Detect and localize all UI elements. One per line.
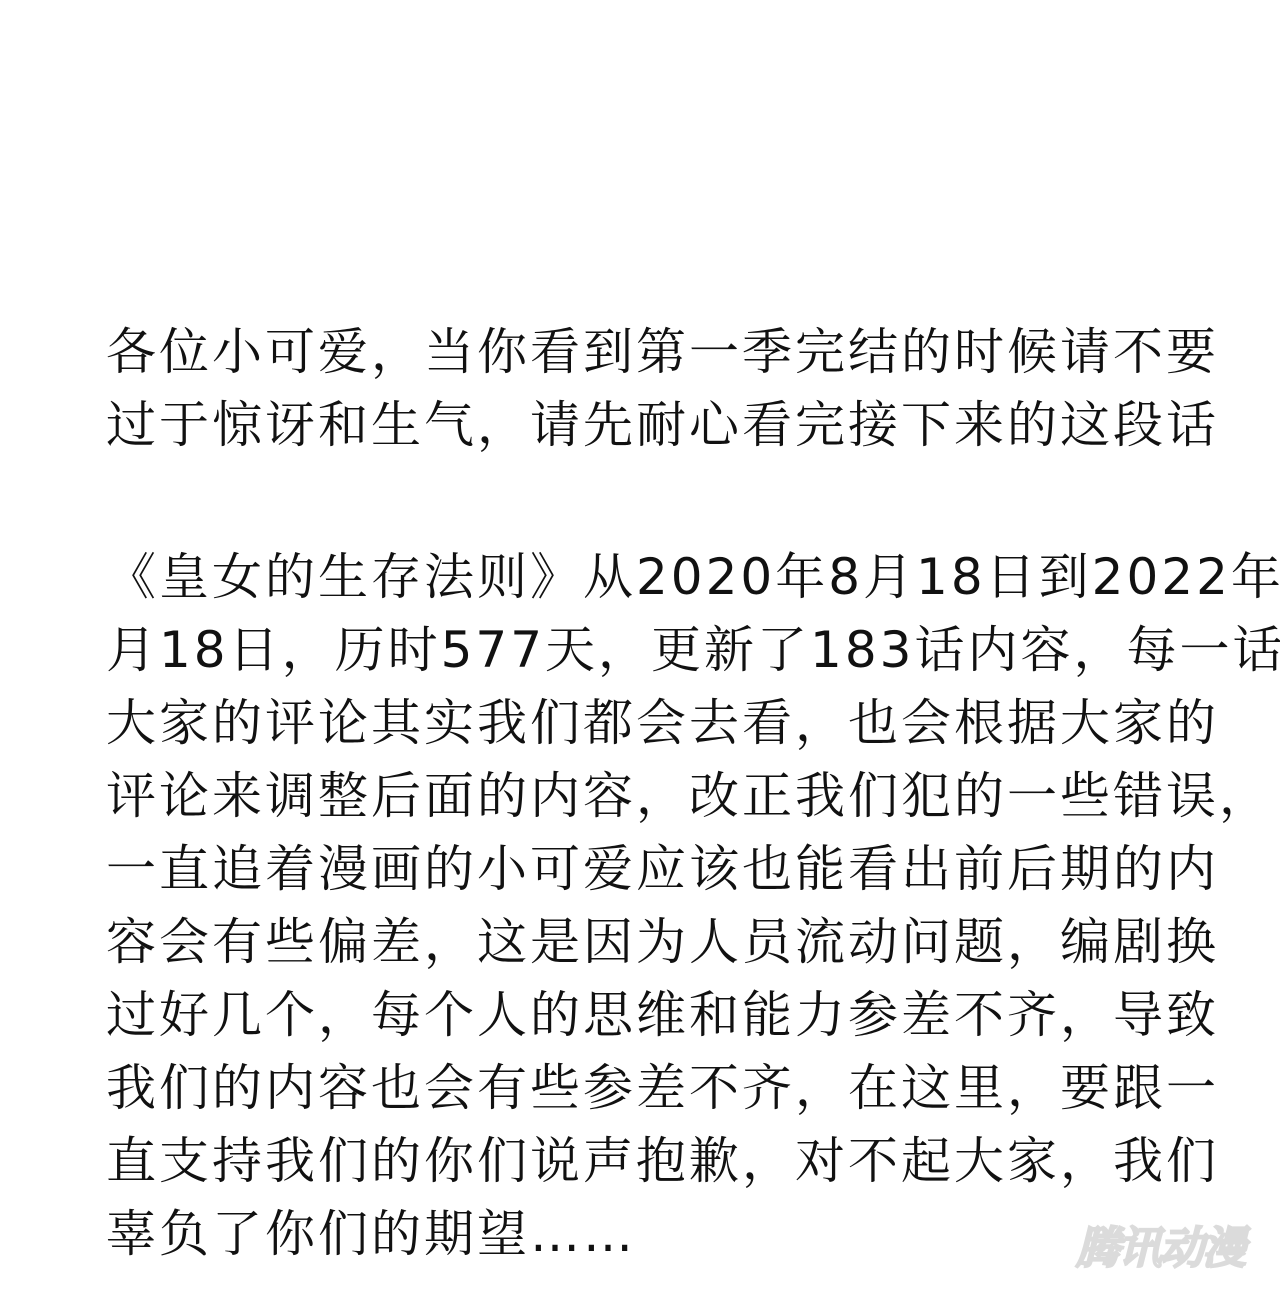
- text-line: 月18日，历时577天，更新了183话内容，每一话: [106, 620, 1280, 680]
- comic-page: 各位小可爱，当你看到第一季完结的时候请不要 过于惊讶和生气，请先耐心看完接下来的…: [0, 0, 1280, 1290]
- text-line: 过好几个，每个人的思维和能力参差不齐，导致: [106, 985, 1219, 1045]
- text-line: 辜负了你们的期望……: [106, 1204, 636, 1264]
- text-line: 过于惊讶和生气，请先耐心看完接下来的这段话: [106, 395, 1219, 455]
- text-line: 各位小可爱，当你看到第一季完结的时候请不要: [106, 322, 1219, 382]
- text-line: 我们的内容也会有些参差不齐，在这里，要跟一: [106, 1058, 1219, 1118]
- tencent-comic-watermark-logo: 腾讯动漫: [1062, 1215, 1258, 1273]
- text-line: 一直追着漫画的小可爱应该也能看出前后期的内: [106, 839, 1219, 899]
- text-line: 容会有些偏差，这是因为人员流动问题，编剧换: [106, 912, 1219, 972]
- text-line: 评论来调整后面的内容，改正我们犯的一些错误，: [106, 766, 1272, 826]
- text-line: 大家的评论其实我们都会去看，也会根据大家的: [106, 693, 1219, 753]
- text-line: 《皇女的生存法则》从2020年8月18日到2022年8: [106, 547, 1280, 607]
- text-line: 直支持我们的你们说声抱歉，对不起大家，我们: [106, 1131, 1219, 1191]
